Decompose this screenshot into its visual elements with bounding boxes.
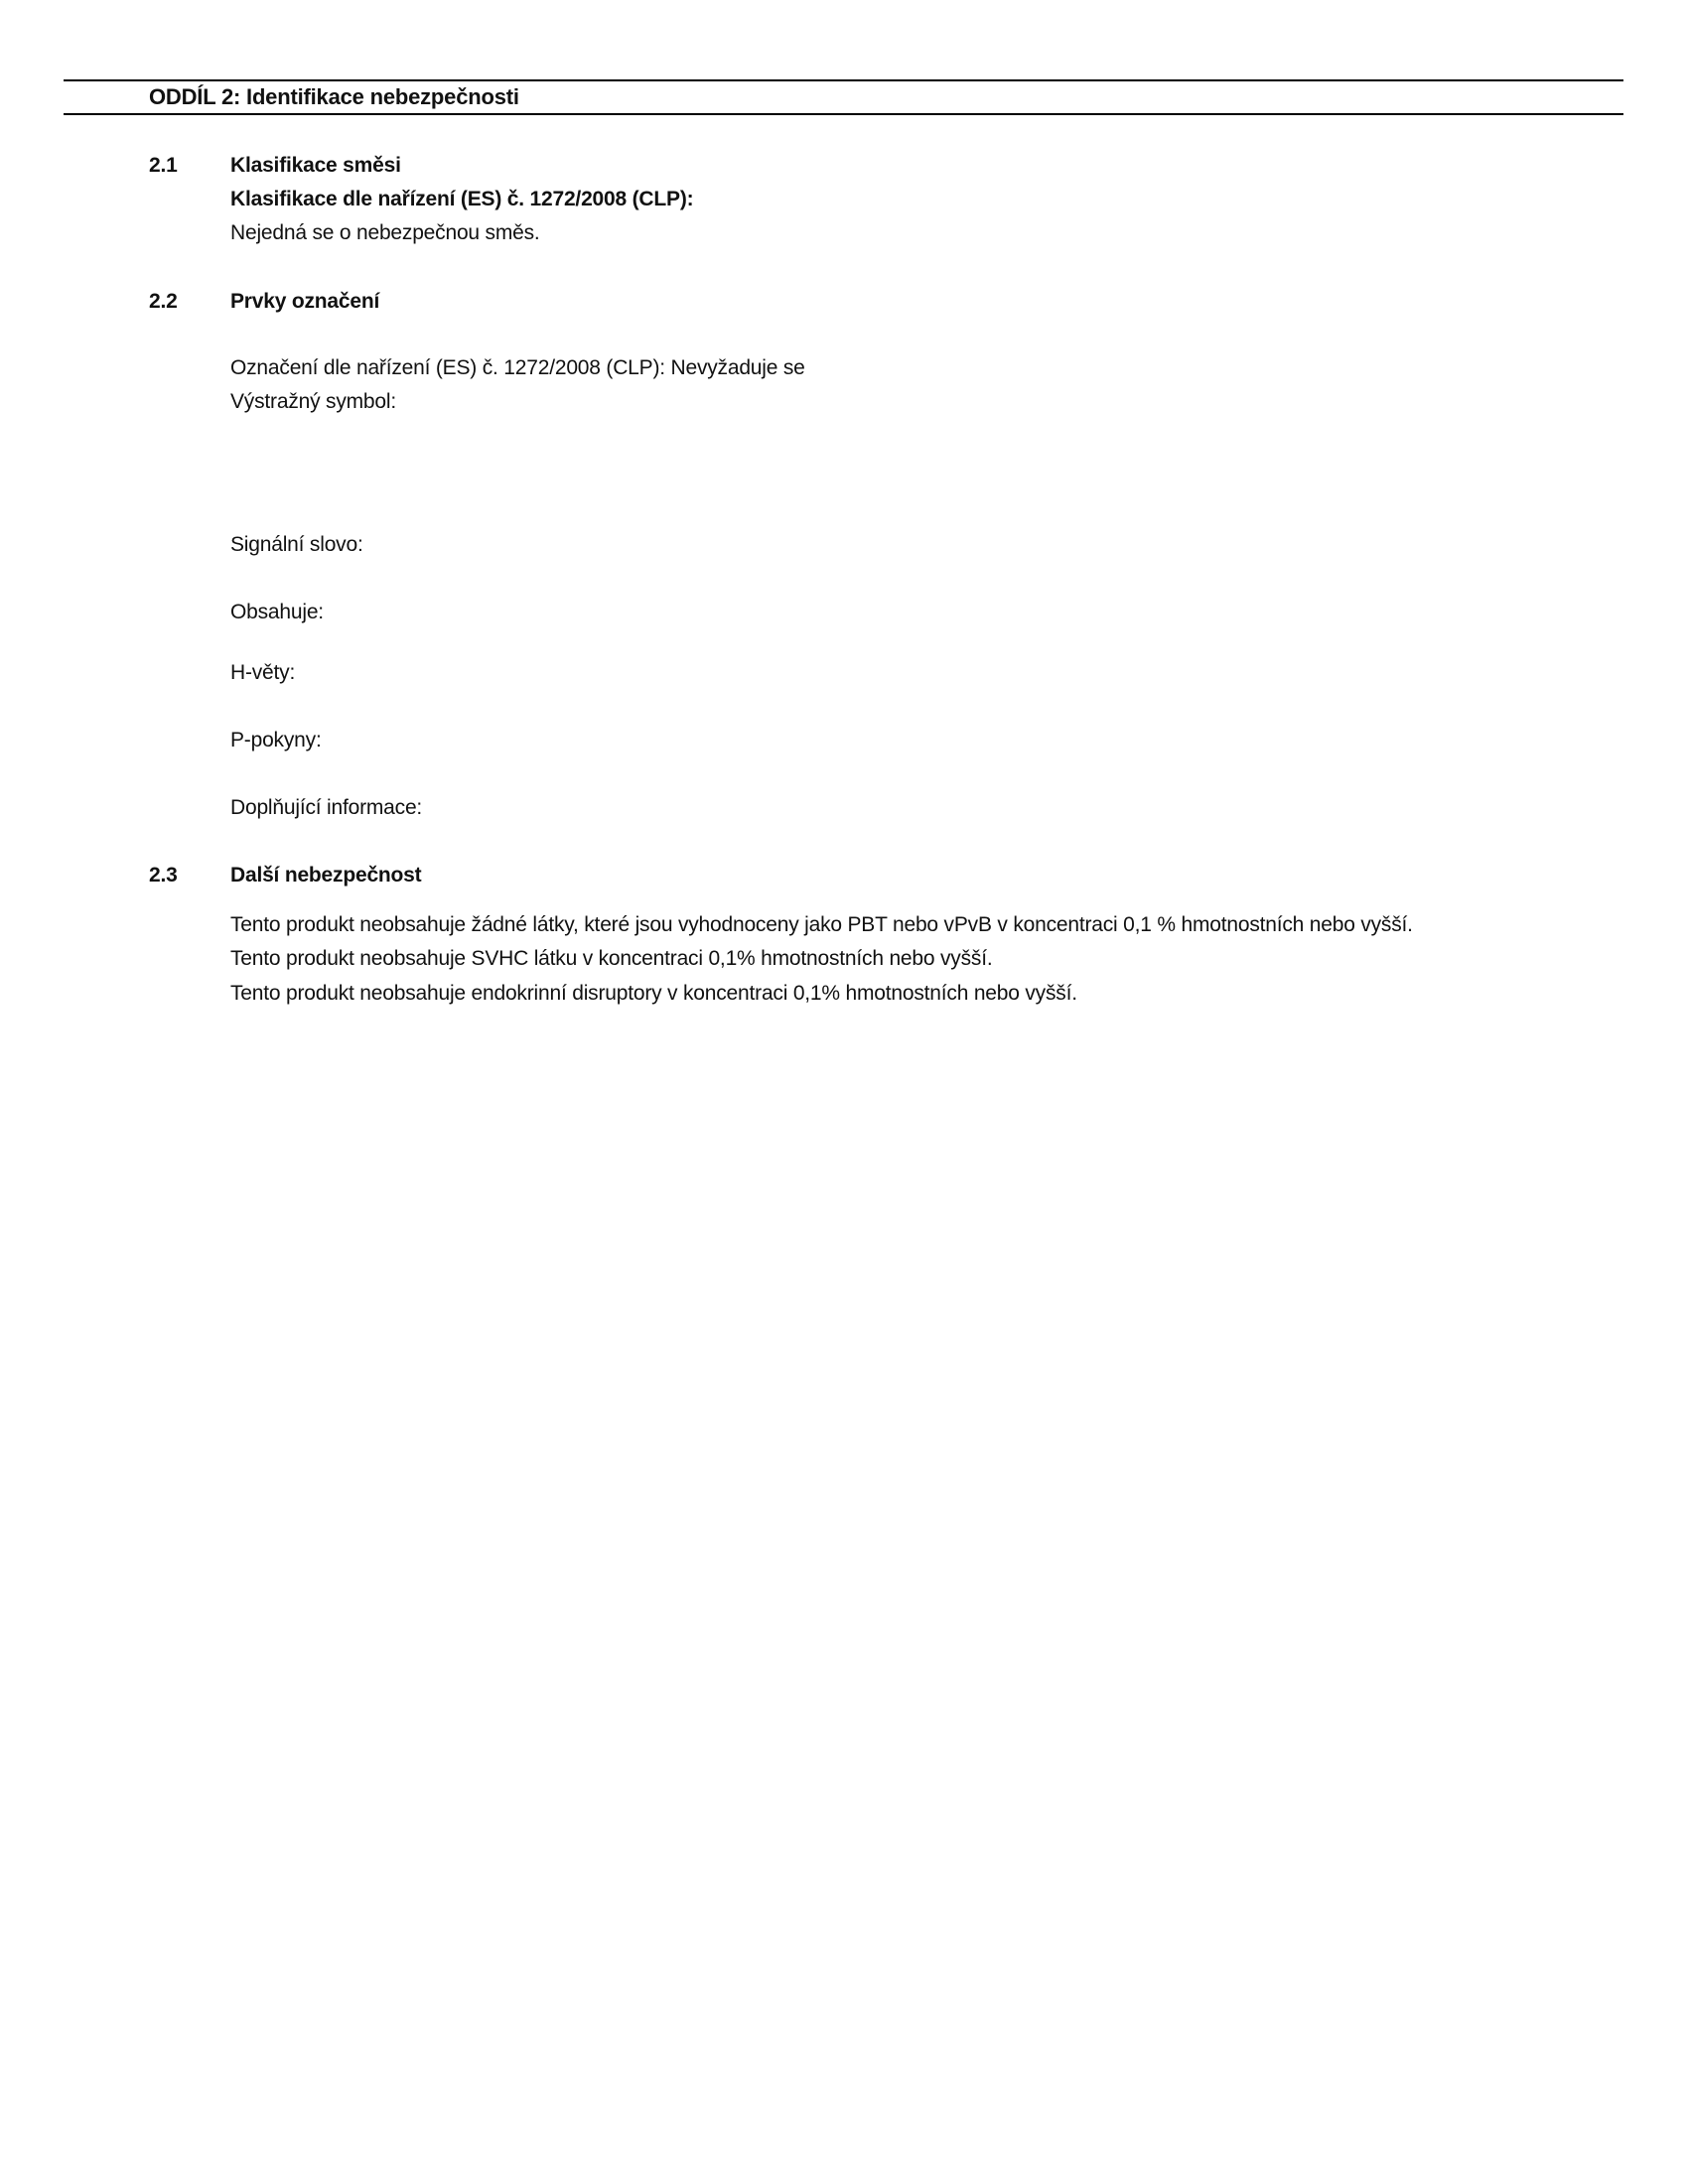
labeling-text: Označení dle nařízení (ES) č. 1272/2008 …	[230, 355, 805, 381]
clp-classification-heading: Klasifikace dle nařízení (ES) č. 1272/20…	[230, 187, 693, 212]
contains-label: Obsahuje:	[230, 600, 324, 625]
h-statements-label: H-věty:	[230, 660, 295, 686]
other-hazard-line-pbt: Tento produkt neobsahuje žádné látky, kt…	[230, 912, 1413, 938]
pictogram-label: Výstražný symbol:	[230, 389, 396, 415]
section-2-2-number: 2.2	[149, 289, 178, 315]
classification-text: Nejedná se o nebezpečnou směs.	[230, 220, 540, 246]
section-2-2-title: Prvky označení	[230, 289, 379, 315]
other-hazard-line-endocrine: Tento produkt neobsahuje endokrinní disr…	[230, 981, 1077, 1007]
section-title: ODDÍL 2: Identifikace nebezpečnosti	[149, 84, 519, 110]
section-2-3-title: Další nebezpečnost	[230, 863, 421, 888]
header-bottom-rule	[64, 113, 1623, 115]
header-top-rule	[64, 79, 1623, 81]
p-statements-label: P-pokyny:	[230, 728, 322, 753]
signal-word-label: Signální slovo:	[230, 532, 363, 558]
supplementary-info-label: Doplňující informace:	[230, 795, 422, 821]
section-2-1-title: Klasifikace směsi	[230, 153, 401, 179]
section-2-1-number: 2.1	[149, 153, 178, 179]
other-hazard-line-svhc: Tento produkt neobsahuje SVHC látku v ko…	[230, 946, 992, 972]
section-2-3-number: 2.3	[149, 863, 178, 888]
